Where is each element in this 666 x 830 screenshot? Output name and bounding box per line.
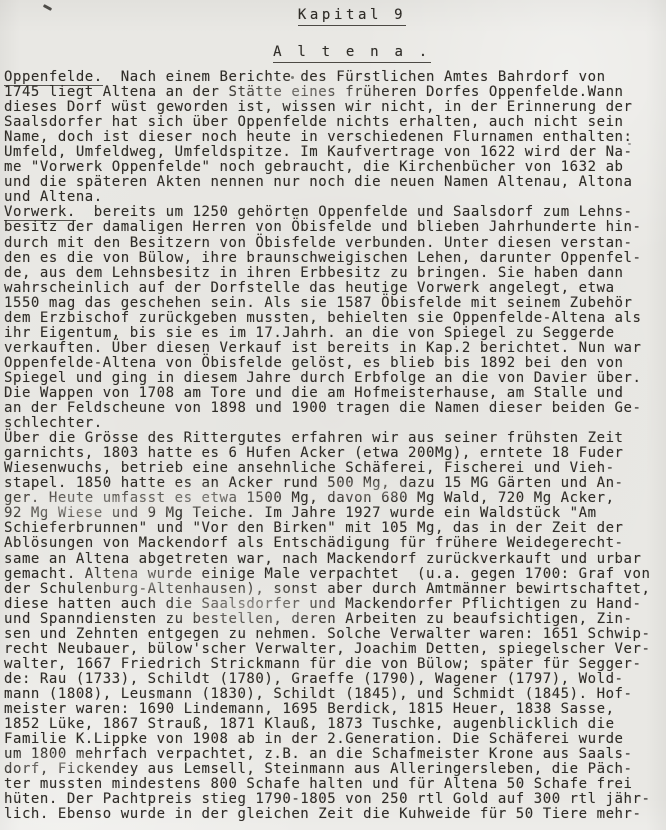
text-line: 1852 Lüke, 1867 Strauß, 1871 Klauß, 1873…: [4, 717, 666, 732]
section-title-row: A l t e n a .: [38, 41, 666, 63]
section-title: A l t e n a .: [273, 45, 431, 63]
text-line: stapel. 1850 hatte es an Acker rund 500 …: [4, 476, 666, 491]
text-line: verkauften. Über diesen Verkauf ist bere…: [4, 341, 666, 356]
text-line: Spiegel und ging in diesem Jahre durch E…: [4, 371, 666, 386]
text-line: Schieferbrunnen" und "Vor den Birken" mi…: [4, 521, 666, 536]
text-line: an der Feldscheune von 1898 und 1900 tra…: [4, 401, 666, 416]
chapter-title: Kapital 9: [298, 8, 406, 26]
text-line: meister waren: 1690 Lindemann, 1695 Berd…: [4, 702, 666, 717]
chapter-title-row: Kapital 9: [38, 4, 666, 26]
text-line: lich. Ebenso wurde in der gleichen Zeit …: [4, 807, 666, 822]
text-line: de, aus dem Lehnsbesitz in ihren Erbbesi…: [4, 266, 666, 281]
text-line: 1550 mag das geschehen sein. Als sie 158…: [4, 296, 666, 311]
text-line: ter mussten mindestens 800 Schafe halten…: [4, 777, 666, 792]
text-line: den es die von Bülow, ihre braunschweigi…: [4, 251, 666, 266]
text-line: ihr Eigentum, bis sie es im 17.Jahrh. an…: [4, 326, 666, 341]
text-line: der Schulenburg-Altenhausen), sonst aber…: [4, 582, 666, 597]
text-line: wahrscheinlich auf der Dorfstelle das he…: [4, 281, 666, 296]
text-line: ger. Heute umfasst es etwa 1500 Mg, davo…: [4, 491, 666, 506]
text-line: same an Altena abgetreten war, nach Mack…: [4, 552, 666, 567]
text-line: und Altena.: [4, 190, 666, 205]
heading-block: Kapital 9 A l t e n a .: [0, 4, 666, 63]
text-line: besitz der damaligen Herren von Öbisfeld…: [4, 220, 666, 235]
text-line: Oppenfelde. Nach einem Berichte des Fürs…: [4, 70, 666, 85]
text-line: recht Neubauer, bülow'scher Verwalter, J…: [4, 642, 666, 657]
text-line: dieses Dorf wüst geworden ist, wissen wi…: [4, 100, 666, 115]
text-line: Saalsdorfer hat sich über Oppenfelde nic…: [4, 115, 666, 130]
text-line: sen und Zehnten entgegen zu nehmen. Solc…: [4, 627, 666, 642]
text-line: Name, doch ist dieser noch heute in vers…: [4, 130, 666, 145]
text-line: hüten. Der Pachtpreis stieg 1790-1805 vo…: [4, 792, 666, 807]
text-line: Familie K.Lippke von 1908 ab in der 2.Ge…: [4, 732, 666, 747]
text-line: me "Vorwerk Oppenfelde" noch gebraucht, …: [4, 160, 666, 175]
text-line: durch mit den Besitzern von Öbisfelde ve…: [4, 236, 666, 251]
text-line: walter, 1667 Friedrich Strickmann für di…: [4, 657, 666, 672]
text-line: um 1800 mehrfach verpachtet, z.B. an die…: [4, 747, 666, 762]
text-line: 92 Mg Wiese und 9 Mg Teiche. Im Jahre 19…: [4, 506, 666, 521]
document-page: Kapital 9 A l t e n a . Oppenfelde. Nach…: [0, 0, 666, 830]
text-line: Ablösungen von Mackendorf als Entschädig…: [4, 536, 666, 551]
text-line: garnichts, 1803 hatte es 6 Hufen Acker (…: [4, 446, 666, 461]
document-body: Oppenfelde. Nach einem Berichte des Fürs…: [4, 70, 666, 822]
text-line: Die Wappen von 1708 am Tore und die am H…: [4, 386, 666, 401]
text-line: 1745 liegt Altena an der Stätte eines fr…: [4, 85, 666, 100]
text-line: und Spanndiensten zu bestellen, deren Ar…: [4, 612, 666, 627]
text-line: schlechter.: [4, 416, 666, 431]
text-line: gemacht. Altena wurde einige Male verpac…: [4, 567, 666, 582]
text-line: und die späteren Akten nennen nur noch d…: [4, 175, 666, 190]
text-line: Wiesenwuchs, betrieb eine ansehnliche Sc…: [4, 461, 666, 476]
text-line: de: Rau (1733), Schildt (1780), Graeffe …: [4, 672, 666, 687]
text-line: mann (1808), Leusmann (1830), Schildt (1…: [4, 687, 666, 702]
text-line: Über die Grösse des Rittergutes erfahren…: [4, 431, 666, 446]
text-line: Oppenfelde-Altena von Öbisfelde gelöst, …: [4, 356, 666, 371]
text-line: diese hatten auch die Saalsdorfer und Ma…: [4, 597, 666, 612]
text-line: dorf, Fickendey aus Lemsell, Steinmann a…: [4, 762, 666, 777]
text-line: dem Erzbischof zurückgeben mussten, behi…: [4, 311, 666, 326]
text-line: Umfeld, Umfeldweg, Umfeldspitze. Im Kauf…: [4, 145, 666, 160]
